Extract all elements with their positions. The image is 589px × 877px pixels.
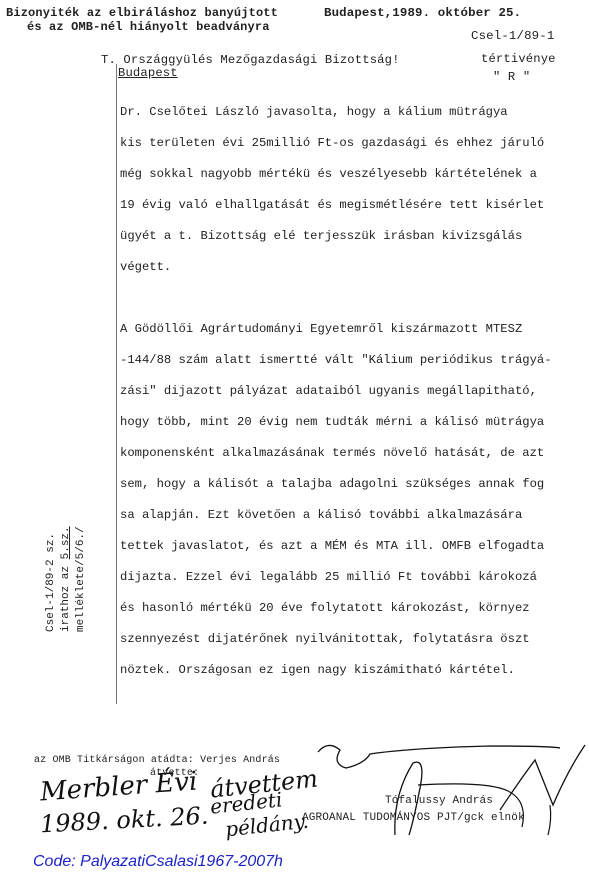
addressee-city: Budapest: [101, 67, 400, 80]
body-line: nöztek. Országosan ez igen nagy kiszámit…: [120, 655, 589, 686]
body-line: [120, 283, 589, 314]
body-line: végett.: [120, 252, 589, 283]
margin-line: [116, 64, 117, 704]
letter-body: Dr. Cselőtei László javasolta, hogy a ká…: [120, 97, 589, 686]
archive-code: Code: PalyazatiCsalasi1967-2007h: [33, 853, 283, 871]
body-line: kis területen évi 25millió Ft-os gazdasá…: [120, 128, 589, 159]
signer-organization: AGROANAL TUDOMÁNYOS PJT/gck elnök: [302, 812, 525, 824]
subject-line-2: és az OMB-nél hiányolt beadványra: [6, 20, 278, 34]
registered-mark: " R ": [493, 70, 530, 84]
document-subject: Bizonyiték az elbiráláshoz banyújtott és…: [6, 6, 278, 34]
body-line: Dr. Cselőtei László javasolta, hogy a ká…: [120, 97, 589, 128]
body-line: komponensként alkalmazásának termés növe…: [120, 438, 589, 469]
body-line: 19 évig való elhallgatását és megismétlé…: [120, 190, 589, 221]
body-line: szennyezést dijatérőnek nyilvánitottak, …: [120, 624, 589, 655]
reference-number: Csel-1/89-1: [471, 29, 554, 43]
body-line: és hasonló mértékü 20 éve folytatott kár…: [120, 593, 589, 624]
addressee: T. Országgyülés Mezőgazdasági Bizottság!…: [101, 54, 400, 80]
body-line: A Gödöllői Agrártudományi Egyetemről kis…: [120, 314, 589, 345]
body-line: -144/88 szám alatt ismertté vált "Kálium…: [120, 345, 589, 376]
body-line: sem, hogy a kálisót a talajba adagolni s…: [120, 469, 589, 500]
side-note-line-1: Csel-1/89-2 sz.: [44, 526, 59, 632]
body-line: ügyét a t. Bizottság elé terjesszük irás…: [120, 221, 589, 252]
body-line: még sokkal nagyobb mértékü és veszélyese…: [120, 159, 589, 190]
handwritten-name: Merbler Évi: [39, 767, 198, 808]
body-line: zási" dijazott pályázat adataiból ugyani…: [120, 376, 589, 407]
side-note-line-3: melléklete/5/6./: [74, 526, 89, 632]
body-line: sa alapján. Ezt követően a kálisó tovább…: [120, 500, 589, 531]
delivery-note: tértivénye: [481, 52, 556, 66]
side-note-line-2: irathoz az 5.sz.: [59, 526, 74, 632]
handwritten-date: 1989. okt. 26.: [39, 802, 209, 839]
body-line: dijazta. Ezzel évi legalább 25 millió Ft…: [120, 562, 589, 593]
body-line: tettek javaslatot, és azt a MÉM és MTA i…: [120, 531, 589, 562]
body-line: hogy több, mint 20 évig nem tudták mérni…: [120, 407, 589, 438]
subject-line-1: Bizonyiték az elbiráláshoz banyújtott: [6, 6, 278, 20]
omb-stamp: az OMB Titkárságon atádta: Verjes András: [34, 755, 280, 766]
side-annotation: Csel-1/89-2 sz. irathoz az 5.sz. mellékl…: [44, 526, 89, 632]
place-date: Budapest,1989. október 25.: [324, 6, 521, 20]
signer-name: Tófalussy András: [385, 795, 493, 807]
